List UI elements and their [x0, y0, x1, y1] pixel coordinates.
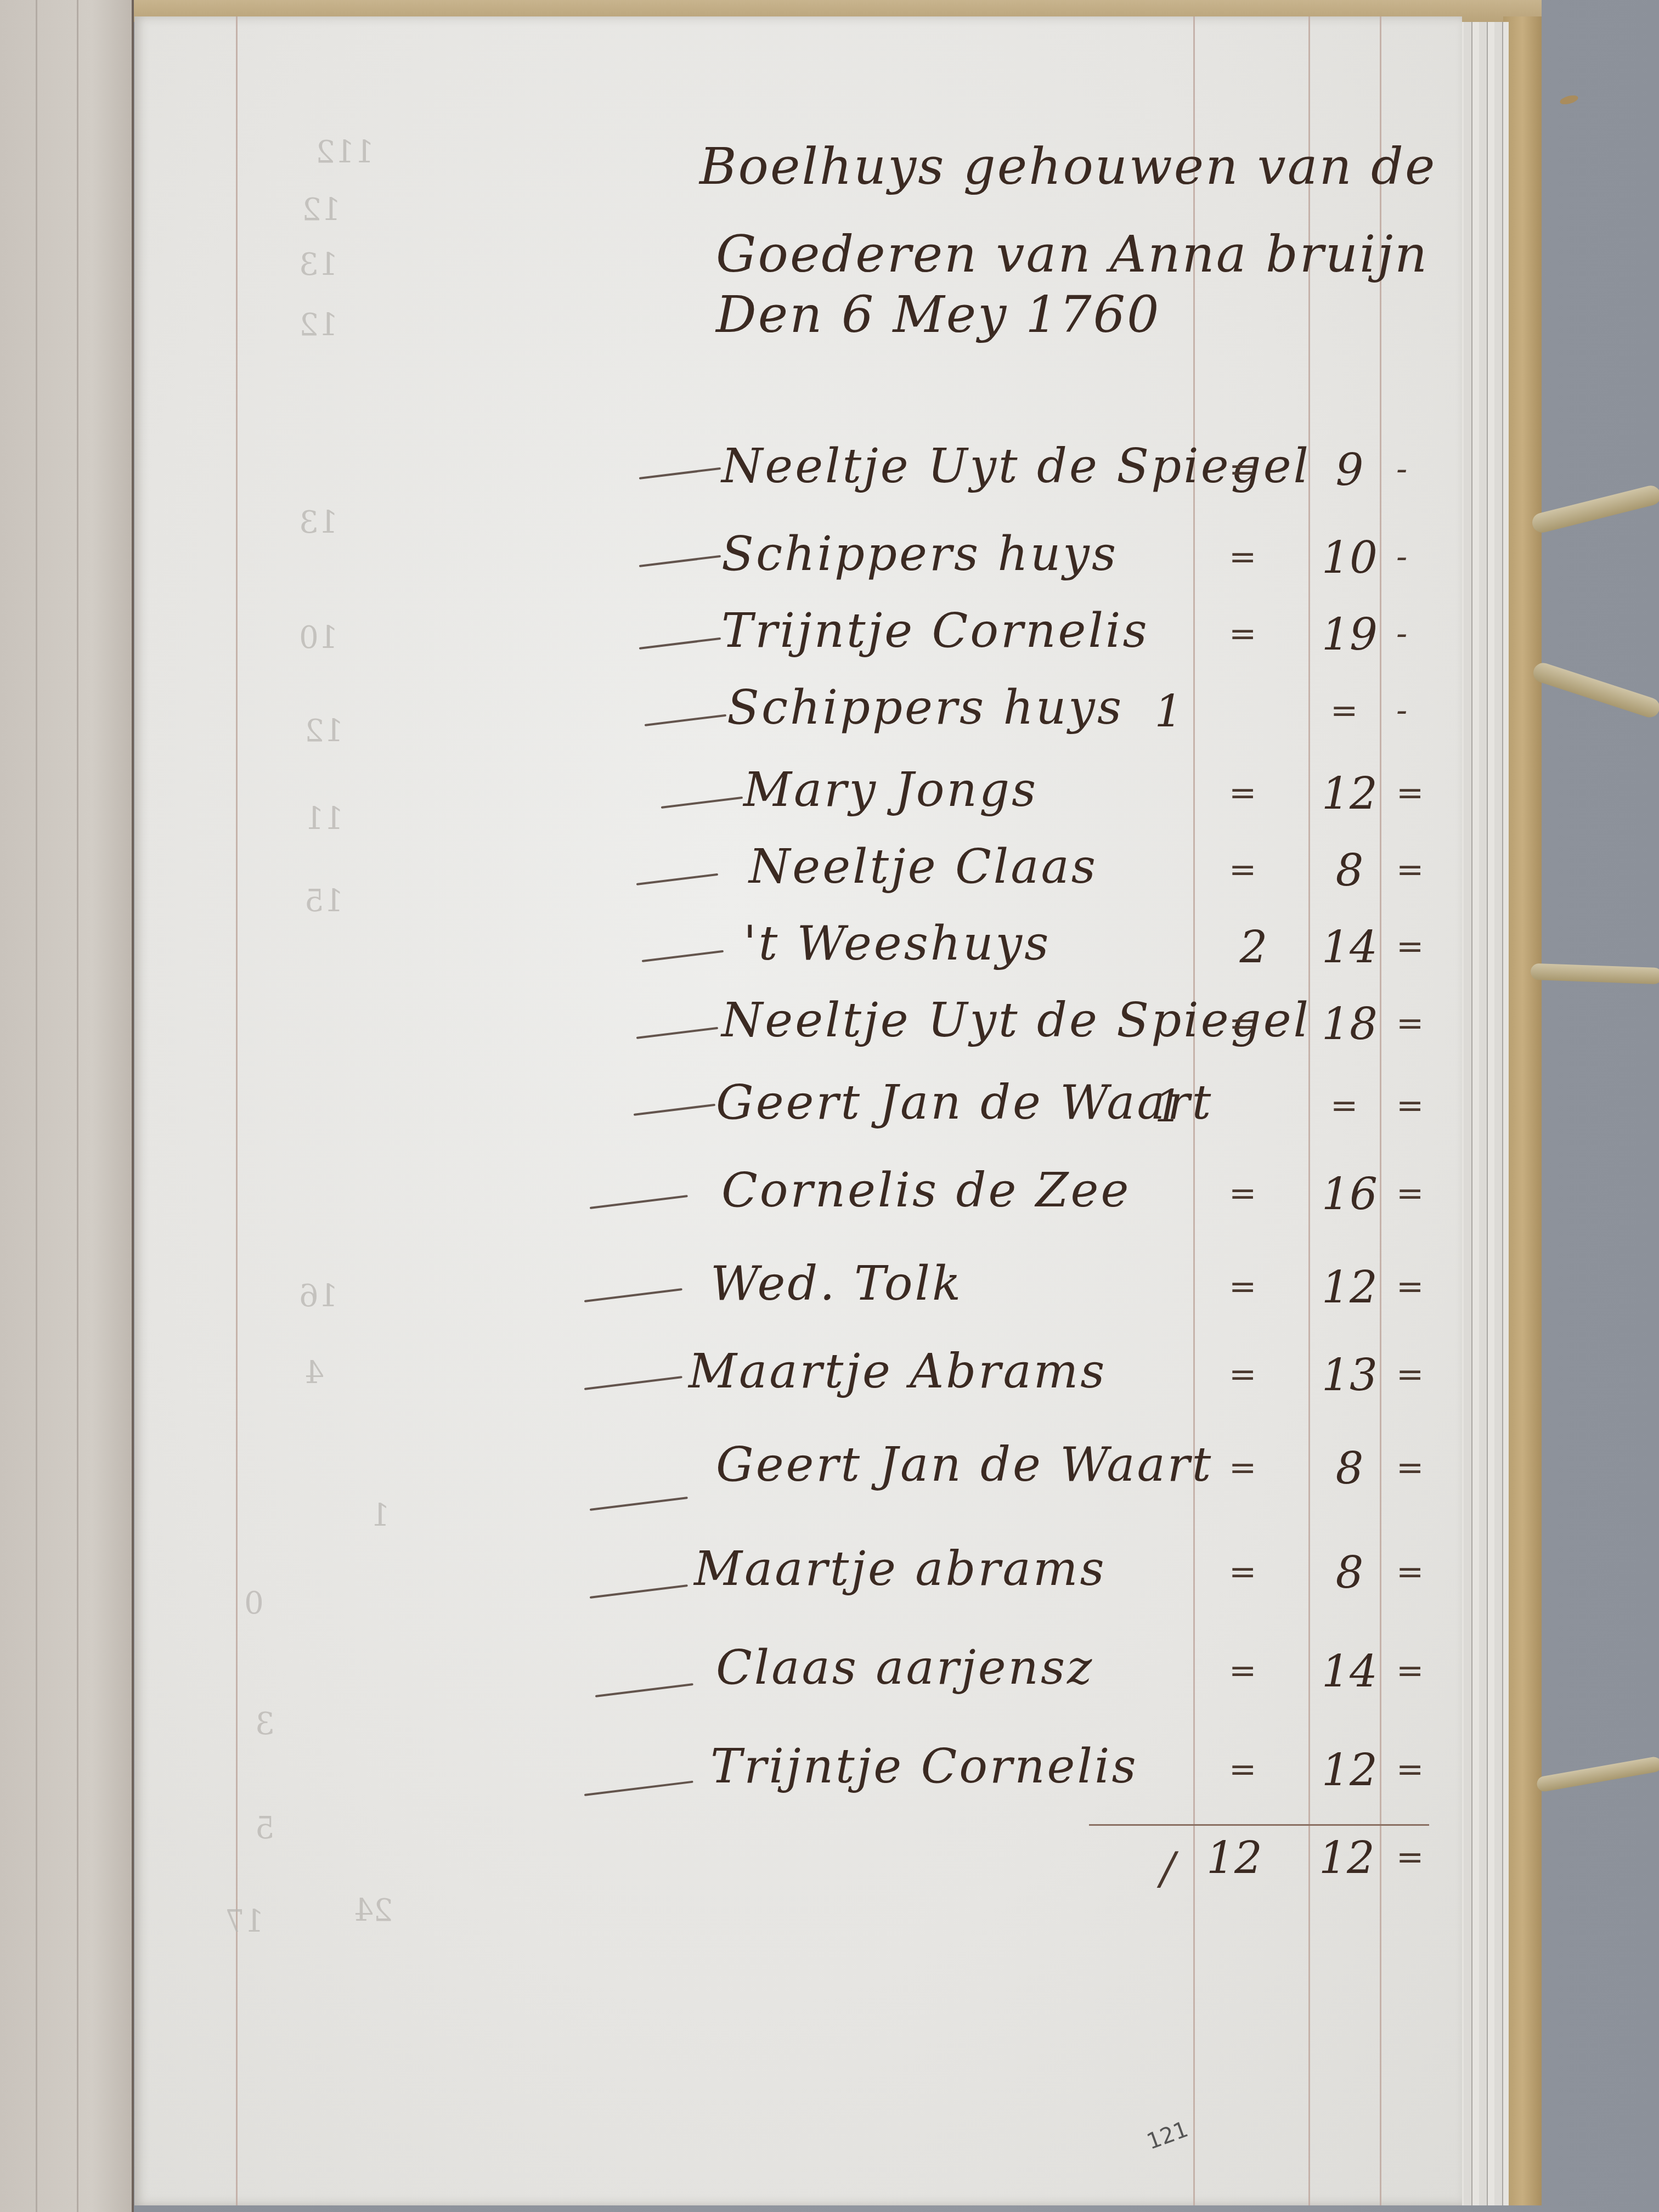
guilder-amount: = [1229, 774, 1256, 812]
guilder-amount: = [1229, 1174, 1256, 1212]
guilder-amount: = [1229, 1553, 1256, 1591]
entry-strike-dash [636, 873, 718, 885]
penning-amount: = [1396, 1750, 1424, 1788]
buyer-name: Neeltje Claas [749, 839, 1098, 894]
penning-amount: = [1396, 774, 1424, 812]
guilder-amount: = [1229, 1448, 1256, 1487]
entry-strike-dash [642, 950, 724, 962]
entry-strike-dash [584, 1376, 682, 1390]
entry-strike-dash [639, 555, 721, 567]
guilder-amount: = [1229, 614, 1256, 653]
buyer-name: Neeltje Uyt de Spiegel [721, 439, 1311, 494]
entry-strike-dash [639, 467, 721, 479]
stuiver-amount: 18 [1308, 998, 1391, 1049]
stuiver-amount: 16 [1308, 1169, 1391, 1220]
total-stuivers: 12 [1306, 1832, 1388, 1883]
penning-amount: - [1396, 450, 1407, 488]
heading-line-1: Boelhuys gehouwen van de [699, 137, 1436, 196]
entry-strike-dash [634, 1104, 715, 1116]
entry-strike-dash [636, 1027, 718, 1039]
left-facing-page [0, 0, 134, 2212]
entry-strike-dash [584, 1288, 682, 1302]
buyer-name: Mary Jongs [743, 763, 1038, 817]
entry-strike-dash [590, 1497, 688, 1511]
stuiver-amount: 12 [1308, 1262, 1391, 1313]
entry-strike-dash [645, 714, 726, 726]
stuiver-amount: = [1330, 1086, 1358, 1125]
stuiver-amount: 19 [1308, 609, 1391, 660]
stuiver-amount: 14 [1308, 922, 1391, 973]
guilder-amount: = [1229, 1267, 1256, 1306]
left-page-rule [77, 0, 78, 2212]
guilder-amount: 1 [1127, 686, 1210, 737]
stuiver-amount: 8 [1308, 1547, 1391, 1598]
ledger-page: 112 12 13 12 13 10 12 11 15 16 4 1 0 3 5… [134, 16, 1462, 2205]
stuiver-amount: 8 [1308, 845, 1391, 896]
buyer-name: Claas aarjensz [716, 1640, 1094, 1695]
stuiver-amount: 12 [1308, 768, 1391, 819]
stuiver-amount: 10 [1308, 532, 1391, 583]
total-underline [1089, 1824, 1429, 1826]
penning-amount: = [1396, 1448, 1424, 1487]
guilder-amount: = [1229, 538, 1256, 576]
entry-strike-dash [590, 1195, 688, 1209]
margin-rule [236, 16, 238, 2205]
buyer-name: Schippers huys [727, 680, 1124, 735]
guilder-amount: = [1229, 1004, 1256, 1042]
left-page-rule [36, 0, 37, 2212]
guilder-amount: 1 [1127, 1081, 1210, 1132]
penning-amount: = [1396, 1651, 1424, 1690]
entry-strike-dash [595, 1683, 693, 1697]
buyer-name: Geert Jan de Waart [716, 1437, 1213, 1492]
buyer-name: Cornelis de Zee [721, 1163, 1131, 1218]
heading-line-2: Goederen van Anna bruijn [716, 225, 1429, 284]
guilder-amount: = [1229, 450, 1256, 488]
heading-date: Den 6 Mey 1760 [716, 285, 1160, 344]
penning-amount: = [1396, 1004, 1424, 1042]
guilder-amount: 2 [1226, 922, 1281, 973]
stuiver-amount: 14 [1308, 1646, 1391, 1697]
vellum-cover-right-edge [1503, 16, 1542, 2205]
guilder-amount: = [1229, 1750, 1256, 1788]
stuiver-amount: 9 [1308, 444, 1391, 495]
stuiver-amount: 8 [1308, 1443, 1391, 1494]
penning-amount: = [1396, 1553, 1424, 1591]
penning-amount: = [1396, 1086, 1424, 1125]
buyer-name: Maartje abrams [694, 1542, 1107, 1596]
entry-strike-dash [661, 797, 743, 809]
entry-strike-dash [590, 1584, 688, 1599]
total-penningen: = [1396, 1838, 1424, 1876]
total-marker: / [1160, 1843, 1175, 1894]
stuiver-amount: 13 [1308, 1350, 1391, 1401]
buyer-name: Maartje Abrams [689, 1344, 1107, 1399]
buyer-name: 't Weeshuys [743, 916, 1051, 971]
guilder-amount: = [1229, 1651, 1256, 1690]
buyer-name: Schippers huys [721, 527, 1118, 582]
guilder-amount: = [1229, 1355, 1256, 1393]
buyer-name: Trijntje Cornelis [721, 603, 1149, 658]
penning-amount: - [1396, 538, 1407, 576]
penning-amount: = [1396, 927, 1424, 966]
buyer-name: Wed. Tolk [710, 1256, 963, 1311]
buyer-name: Neeltje Uyt de Spiegel [721, 993, 1311, 1048]
buyer-name: Trijntje Cornelis [710, 1739, 1138, 1794]
penning-amount: = [1396, 850, 1424, 889]
penning-amount: = [1396, 1355, 1424, 1393]
entry-strike-dash [639, 637, 721, 650]
penning-amount: - [1396, 691, 1407, 730]
penning-amount: - [1396, 614, 1407, 653]
stuiver-amount: 12 [1308, 1745, 1391, 1796]
stuiver-amount: = [1330, 691, 1358, 730]
penning-amount: = [1396, 1267, 1424, 1306]
penning-amount: = [1396, 1174, 1424, 1212]
total-guilders: 12 [1193, 1832, 1276, 1883]
guilder-amount: = [1229, 850, 1256, 889]
entry-strike-dash [584, 1781, 693, 1796]
